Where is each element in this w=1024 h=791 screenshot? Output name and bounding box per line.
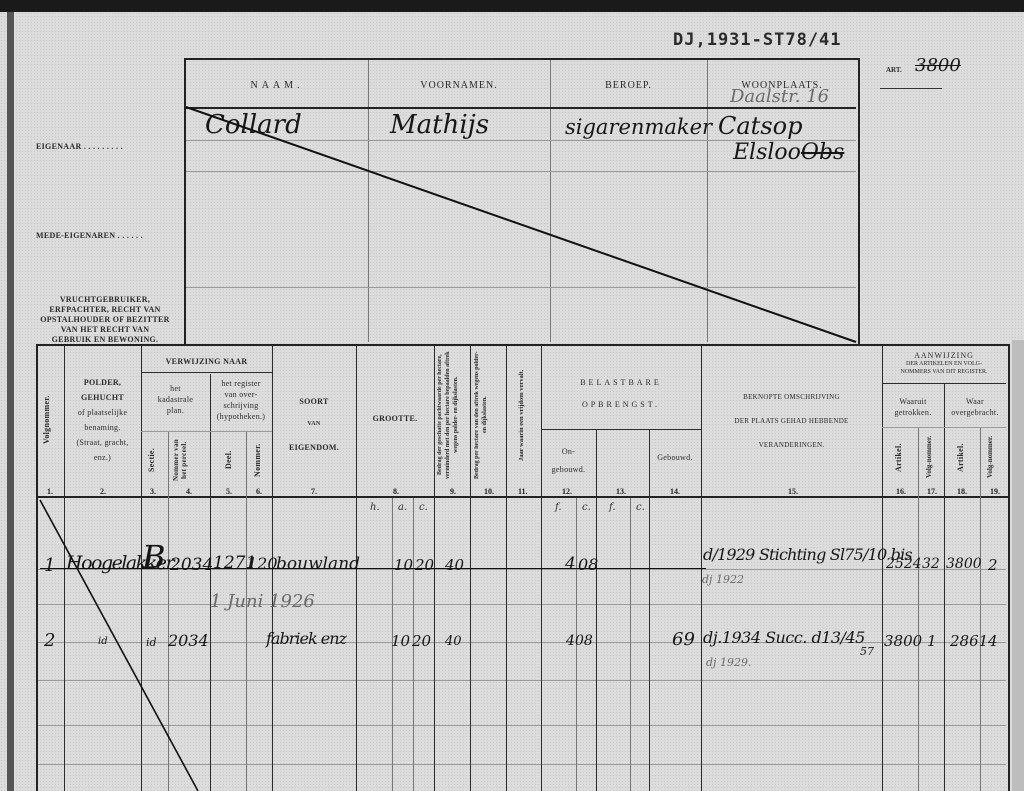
- hdr-aftrek: Bedrag per hectare van den aftrek wegens…: [473, 350, 503, 480]
- colnum-14: 14.: [670, 487, 680, 496]
- unit-13-f: f.: [609, 502, 616, 513]
- colnum-18: 18.: [957, 487, 967, 496]
- hdr-volgnommer-17: Volg-nommer.: [925, 432, 941, 482]
- colnum-6: 6.: [256, 487, 262, 496]
- unit-h: h.: [370, 502, 380, 513]
- label-eigenaar: EIGENAAR . . . . . . . . .: [36, 142, 123, 151]
- hdr-deel: Deel.: [224, 440, 233, 480]
- hdr-aanwijzing: AANWIJZING DER ARTIKELEN EN VOLG-NOMMERS…: [882, 352, 1006, 376]
- owner-address: Daalstr. 16: [730, 86, 829, 107]
- binding-spine: [7, 12, 14, 791]
- unit-13-c: c.: [636, 502, 645, 513]
- colnum-17: 17.: [927, 487, 937, 496]
- hdr-artikel-18: Artikel.: [956, 436, 965, 480]
- hdr-vrijdom: Jaar waarin een vrijdom vervalt.: [518, 350, 525, 480]
- hdr-register: het registervan over- schrijving(hypothe…: [210, 378, 272, 422]
- col-beroep: BEROEP.: [550, 80, 707, 91]
- colnum-16: 16.: [896, 487, 906, 496]
- hdr-sectie: Sectie.: [147, 440, 156, 480]
- hdr-waaruit: Waaruitgetrokken.: [882, 396, 944, 418]
- colnum-13: 13.: [616, 487, 626, 496]
- colnum-7: 7.: [311, 487, 317, 496]
- colnum-4: 4.: [186, 487, 192, 496]
- hdr-waar: Waarovergebracht.: [944, 396, 1006, 418]
- row-1-strikethrough-b: [362, 568, 706, 569]
- colnum-19: 19.: [990, 487, 1000, 496]
- hdr-grootte: GROOTTE.: [356, 414, 434, 423]
- label-vruchtgebruiker: VRUCHTGEBRUIKER, ERFPACHTER, RECHT VAN O…: [30, 295, 180, 345]
- col-naam: NAAM.: [186, 80, 368, 91]
- cancel-diagonal-owner: [184, 105, 860, 345]
- hdr-gebouwd: Gebouwd.: [649, 453, 701, 462]
- article-underline: [880, 88, 942, 89]
- colnum-15: 15.: [788, 487, 798, 496]
- hdr-volgnommer: Volgnommer.: [42, 360, 51, 480]
- hdr-ongebouwd: On-gebouwd.: [541, 443, 596, 479]
- unit-a: a.: [398, 502, 407, 513]
- colnum-3: 3.: [150, 487, 156, 496]
- cancel-diagonal-parcels: [38, 498, 208, 791]
- colnum-10: 10.: [484, 487, 494, 496]
- colnum-9: 9.: [450, 487, 456, 496]
- article-value: 3800: [915, 55, 961, 76]
- page-edge: [1012, 340, 1024, 791]
- unit-12-c: c.: [582, 502, 591, 513]
- colnum-2: 2.: [100, 487, 106, 496]
- hdr-kadastrale: hetkadastraleplan.: [141, 383, 210, 416]
- colnum-5: 5.: [226, 487, 232, 496]
- hdr-soort: SOORTVANEIGENDOM.: [272, 390, 356, 459]
- hdr-volgnommer-19: Volg-nommer.: [986, 432, 1002, 482]
- colnum-8: 8.: [393, 487, 399, 496]
- article-label: ART.: [886, 66, 902, 74]
- reference-number: DJ,1931-ST78/41: [673, 30, 842, 50]
- hdr-omschrijving: BEKNOPTE OMSCHRIJVINGDER PLAATS GEHAD HE…: [701, 385, 882, 457]
- label-mede-eigenaren: MEDE-EIGENAREN . . . . . .: [36, 231, 143, 240]
- hdr-nommer-perceel: Nommer van het perceel.: [172, 436, 202, 484]
- colnum-11: 11.: [518, 487, 528, 496]
- colnum-1: 1.: [47, 487, 53, 496]
- colnum-12: 12.: [562, 487, 572, 496]
- unit-c: c.: [419, 502, 428, 513]
- hdr-polder: POLDER,GEHUCHT of plaatselijkebenaming. …: [64, 375, 141, 465]
- unit-12-f: f.: [555, 502, 562, 513]
- col-voornamen: VOORNAMEN.: [368, 80, 550, 91]
- hdr-pachtwaarde: Bedrag der geschatte pachtwaarde per hec…: [436, 350, 468, 480]
- hdr-verwijzing: VERWIJZING NAAR: [141, 357, 272, 366]
- hdr-nommer: Nommer.: [253, 440, 262, 480]
- hdr-belastbare: BELASTBAREOPBRENGST.: [541, 372, 701, 416]
- hdr-artikel-16: Artikel.: [894, 436, 903, 480]
